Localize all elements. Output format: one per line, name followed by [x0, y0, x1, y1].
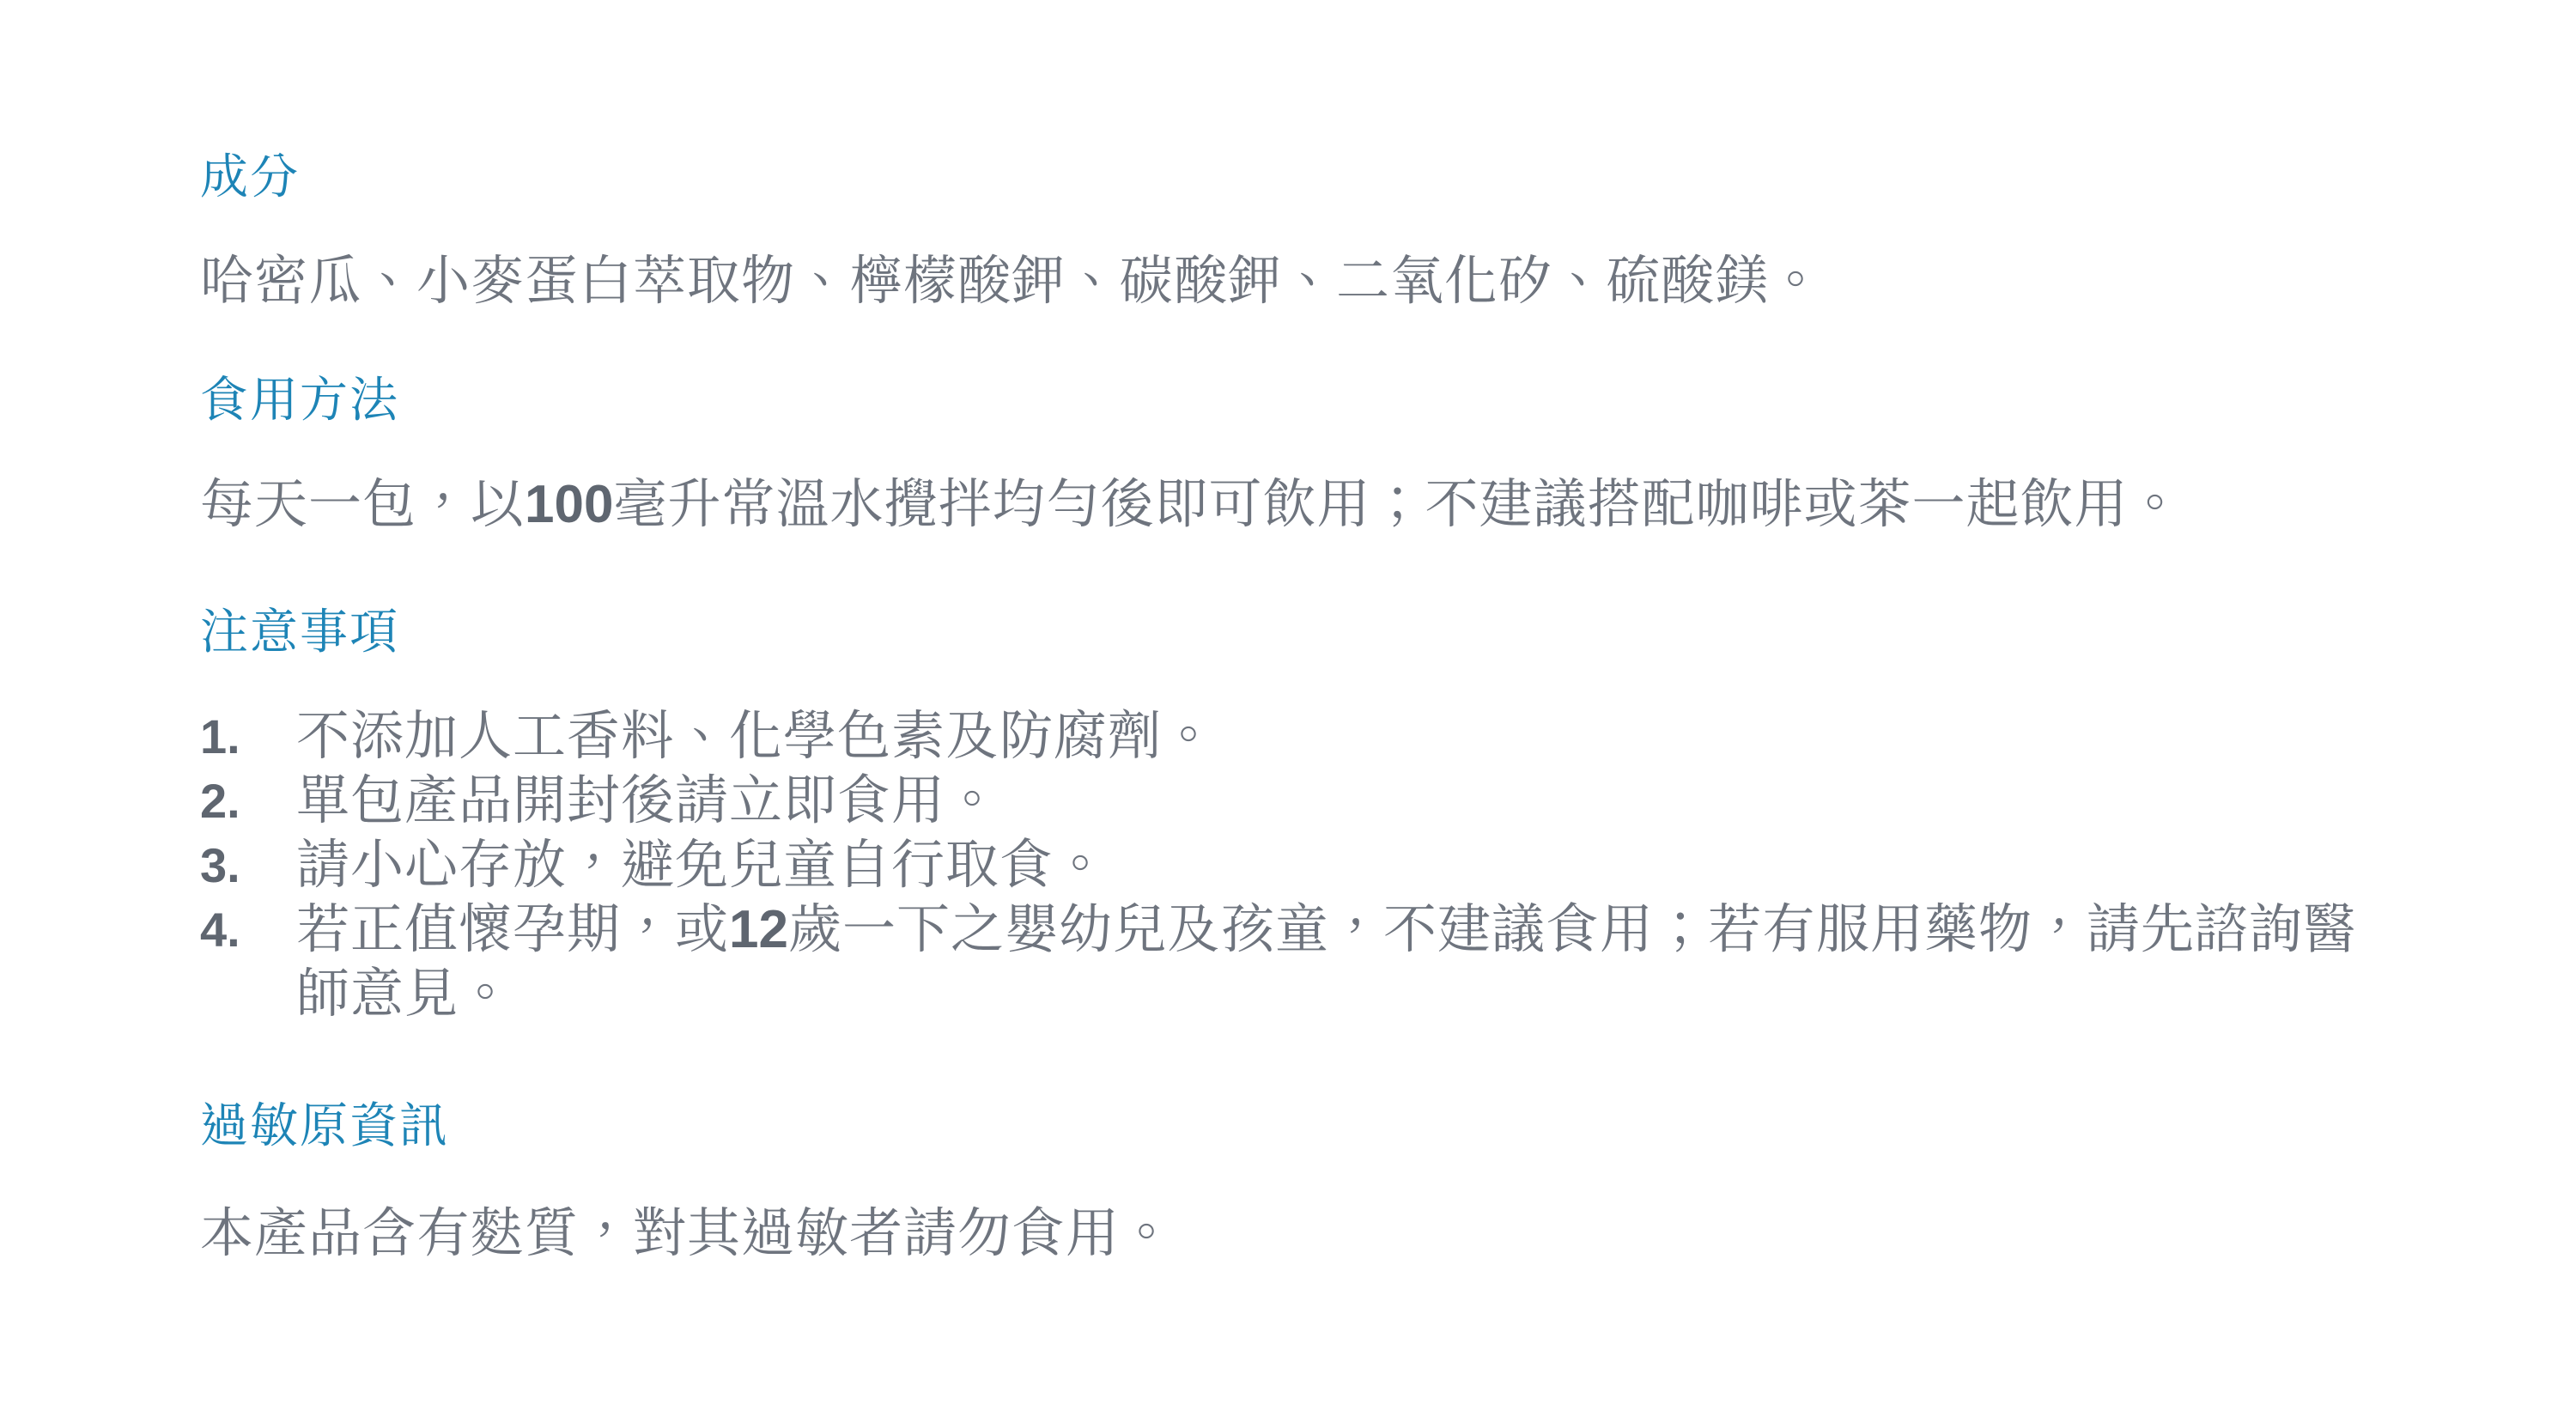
precaution-item: 4. 若正值懷孕期，或12歲一下之嬰幼兒及孩童，不建議食用；若有服用藥物，請先諮… — [200, 897, 2370, 1026]
precaution-item: 2. 單包產品開封後請立即食用。 — [200, 769, 2370, 833]
allergen-text: 本產品含有麩質，對其過敏者請勿食用。 — [200, 1203, 2370, 1265]
usage-text: 每天一包，以100毫升常溫水攪拌均勻後即可飲用；不建議搭配咖啡或茶一起飲用。 — [200, 474, 2370, 536]
allergen-heading: 過敏原資訊 — [200, 1102, 2370, 1150]
usage-section: 食用方法 每天一包，以100毫升常溫水攪拌均勻後即可飲用；不建議搭配咖啡或茶一起… — [200, 376, 2370, 536]
ingredients-text: 哈密瓜、小麥蛋白萃取物、檸檬酸鉀、碳酸鉀、二氧化矽、硫酸鎂。 — [200, 251, 2370, 313]
product-info-page: 成分 哈密瓜、小麥蛋白萃取物、檸檬酸鉀、碳酸鉀、二氧化矽、硫酸鎂。 食用方法 每… — [0, 0, 2576, 1417]
precaution-item: 1. 不添加人工香料、化學色素及防腐劑。 — [200, 704, 2370, 769]
precaution-number: 1. — [200, 704, 296, 769]
precaution-text: 請小心存放，避免兒童自行取食。 — [296, 833, 1108, 897]
precaution-text: 若正值懷孕期，或12歲一下之嬰幼兒及孩童，不建議食用；若有服用藥物，請先諮詢醫師… — [296, 897, 2370, 1026]
precaution-text: 不添加人工香料、化學色素及防腐劑。 — [296, 704, 1216, 769]
precautions-list: 1. 不添加人工香料、化學色素及防腐劑。 2. 單包產品開封後請立即食用。 3.… — [200, 704, 2370, 1026]
precaution-number: 2. — [200, 769, 296, 833]
precautions-section: 注意事項 1. 不添加人工香料、化學色素及防腐劑。 2. 單包產品開封後請立即食… — [200, 608, 2370, 1026]
precaution-number: 3. — [200, 833, 296, 897]
usage-heading: 食用方法 — [200, 376, 2370, 424]
allergen-section: 過敏原資訊 本產品含有麩質，對其過敏者請勿食用。 — [200, 1102, 2370, 1265]
precautions-heading: 注意事項 — [200, 608, 2370, 656]
precaution-text: 單包產品開封後請立即食用。 — [296, 769, 999, 833]
precaution-number: 4. — [200, 897, 296, 962]
ingredients-heading: 成分 — [200, 153, 2370, 201]
ingredients-section: 成分 哈密瓜、小麥蛋白萃取物、檸檬酸鉀、碳酸鉀、二氧化矽、硫酸鎂。 — [200, 153, 2370, 313]
precaution-item: 3. 請小心存放，避免兒童自行取食。 — [200, 833, 2370, 897]
